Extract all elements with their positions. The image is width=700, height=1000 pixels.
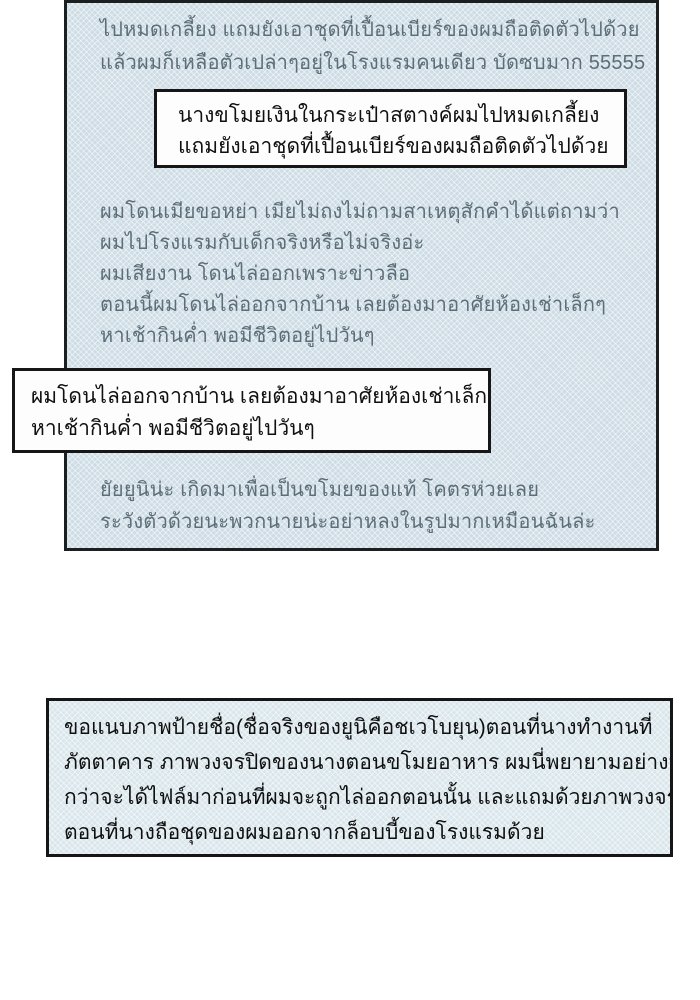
caption-line: หาเช้ากินค่ำ พอมีชีวิตอยู่ไปวันๆ [31,413,488,445]
narration-line: ไปหมดเกลี้ยง แถมยังเอาชุดที่เปื้อนเบียร์… [100,14,645,47]
attachment-line: ขอแนบภาพป้ายชื่อ(ชื่อจริงของยูนิคือชเวโบ… [64,710,670,745]
narration-line: ยัยยูนิน่ะ เกิดมาเพื่อเป็นขโมยของแท้ โคต… [100,474,596,506]
attachment-note-box: ขอแนบภาพป้ายชื่อ(ชื่อจริงของยูนิคือชเวโบ… [46,698,673,857]
narration-line: แล้วผมก็เหลือตัวเปล่าๆอยู่ในโรงแรมคนเดีย… [100,47,645,80]
attachment-line: กว่าจะได้ไฟล์มาก่อนที่ผมจะถูกไล่ออกตอนนั… [64,780,670,815]
caption-box-1: นางขโมยเงินในกระเป๋าสตางค์ผมไปหมดเกลี้ยง… [154,89,627,168]
caption-line: นางขโมยเงินในกระเป๋าสตางค์ผมไปหมดเกลี้ยง [178,100,624,131]
narration-paragraph-bottom: ยัยยูนิน่ะ เกิดมาเพื่อเป็นขโมยของแท้ โคต… [100,474,596,538]
narration-paragraph-middle: ผมโดนเมียขอหย่า เมียไม่ถงไม่ถามสาเหตุสัก… [100,197,620,352]
attachment-line: ภัตตาคาร ภาพวงจรปิดของนางตอนขโมยอาหาร ผม… [64,745,670,780]
narration-line: ผมโดนเมียขอหย่า เมียไม่ถงไม่ถามสาเหตุสัก… [100,197,620,228]
attachment-line: ตอนที่นางถือชุดของผมออกจากล็อบบี้ของโรงแ… [64,815,670,850]
narration-line: ระวังตัวด้วยนะพวกนายน่ะอย่าหลงในรูปมากเห… [100,506,596,538]
narration-line: หาเช้ากินค่ำ พอมีชีวิตอยู่ไปวันๆ [100,321,620,352]
narration-paragraph-top: ไปหมดเกลี้ยง แถมยังเอาชุดที่เปื้อนเบียร์… [100,14,645,80]
caption-box-2: ผมโดนไล่ออกจากบ้าน เลยต้องมาอาศัยห้องเช่… [12,368,491,453]
narration-line: ตอนนี้ผมโดนไล่ออกจากบ้าน เลยต้องมาอาศัยห… [100,290,620,321]
narration-line: ผมไปโรงแรมกับเด็กจริงหรือไม่จริงอ่ะ [100,228,620,259]
caption-line: แถมยังเอาชุดที่เปื้อนเบียร์ของผมถือติดตั… [178,131,624,162]
story-panel: ไปหมดเกลี้ยง แถมยังเอาชุดที่เปื้อนเบียร์… [64,0,659,551]
caption-line: ผมโดนไล่ออกจากบ้าน เลยต้องมาอาศัยห้องเช่… [31,381,488,413]
narration-line: ผมเสียงาน โดนไล่ออกเพราะข่าวลือ [100,259,620,290]
